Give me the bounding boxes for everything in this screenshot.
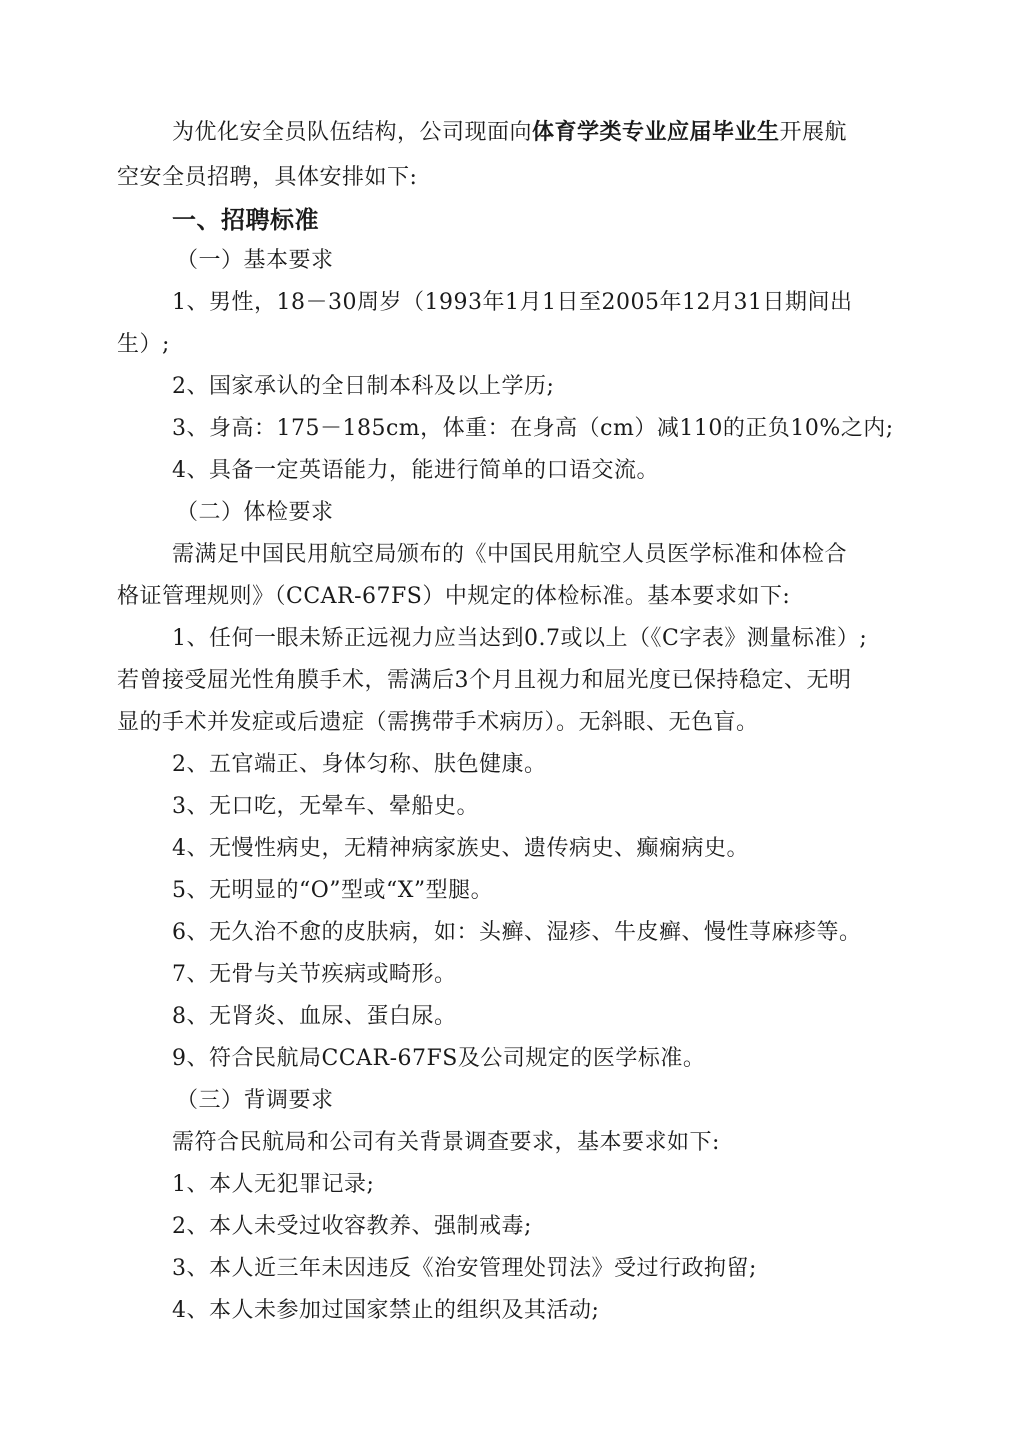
section-heading: 一、招聘标准 <box>172 205 319 235</box>
background-item: 4、本人未参加过国家禁止的组织及其活动; <box>172 1296 599 1326</box>
basic-item: 1、男性，18－30周岁（1993年1月1日至2005年12月31日期间出 <box>172 288 852 318</box>
medical-item: 7、无骨与关节疾病或畸形。 <box>172 960 457 990</box>
basic-item: 4、具备一定英语能力，能进行简单的口语交流。 <box>172 456 659 486</box>
intro-paragraph-line-1: 为优化安全员队伍结构，公司现面向体育学类专业应届毕业生开展航 <box>172 118 847 148</box>
subsection-heading-medical: （二）体检要求 <box>176 498 334 528</box>
medical-item: 2、五官端正、身体匀称、肤色健康。 <box>172 750 547 780</box>
document-page: 为优化安全员队伍结构，公司现面向体育学类专业应届毕业生开展航 空安全员招聘，具体… <box>0 0 1024 1447</box>
basic-item-cont: 生）; <box>117 330 170 360</box>
background-item: 1、本人无犯罪记录; <box>172 1170 374 1200</box>
medical-item: 3、无口吃，无晕车、晕船史。 <box>172 792 479 822</box>
medical-item: 4、无慢性病史，无精神病家族史、遗传病史、癫痫病史。 <box>172 834 749 864</box>
medical-item: 9、符合民航局CCAR-67FS及公司规定的医学标准。 <box>172 1044 705 1074</box>
basic-item: 2、国家承认的全日制本科及以上学历; <box>172 372 554 402</box>
basic-item: 3、身高：175－185cm，体重：在身高（cm）减110的正负10%之内; <box>172 414 894 444</box>
intro-paragraph-line-2: 空安全员招聘，具体安排如下: <box>117 163 417 193</box>
medical-item: 8、无肾炎、血尿、蛋白尿。 <box>172 1002 457 1032</box>
background-intro: 需符合民航局和公司有关背景调查要求，基本要求如下: <box>172 1128 720 1158</box>
intro-text-end: 开展航 <box>780 120 848 145</box>
medical-intro-line: 格证管理规则》（CCAR-67FS）中规定的体检标准。基本要求如下: <box>117 582 790 612</box>
background-item: 3、本人近三年未因违反《治安管理处罚法》受过行政拘留; <box>172 1254 757 1284</box>
medical-item-1-line: 显的手术并发症或后遗症（需携带手术病历）。无斜眼、无色盲。 <box>117 708 759 738</box>
medical-item: 6、无久治不愈的皮肤病，如：头癣、湿疹、牛皮癣、慢性荨麻疹等。 <box>172 918 862 948</box>
subsection-heading-background: （三）背调要求 <box>176 1086 334 1116</box>
subsection-heading-basic: （一）基本要求 <box>176 246 334 276</box>
medical-item: 5、无明显的“O”型或“X”型腿。 <box>172 876 493 906</box>
medical-item-1-line: 1、任何一眼未矫正远视力应当达到0.7或以上（《C字表》测量标准）; <box>172 624 867 654</box>
intro-highlight: 体育学类专业应届毕业生 <box>532 120 780 145</box>
intro-text: 为优化安全员队伍结构，公司现面向 <box>172 120 532 145</box>
background-item: 2、本人未受过收容教养、强制戒毒; <box>172 1212 532 1242</box>
medical-intro-line: 需满足中国民用航空局颁布的《中国民用航空人员医学标准和体检合 <box>172 540 847 570</box>
medical-item-1-line: 若曾接受屈光性角膜手术，需满后3个月且视力和屈光度已保持稳定、无明 <box>117 666 852 696</box>
